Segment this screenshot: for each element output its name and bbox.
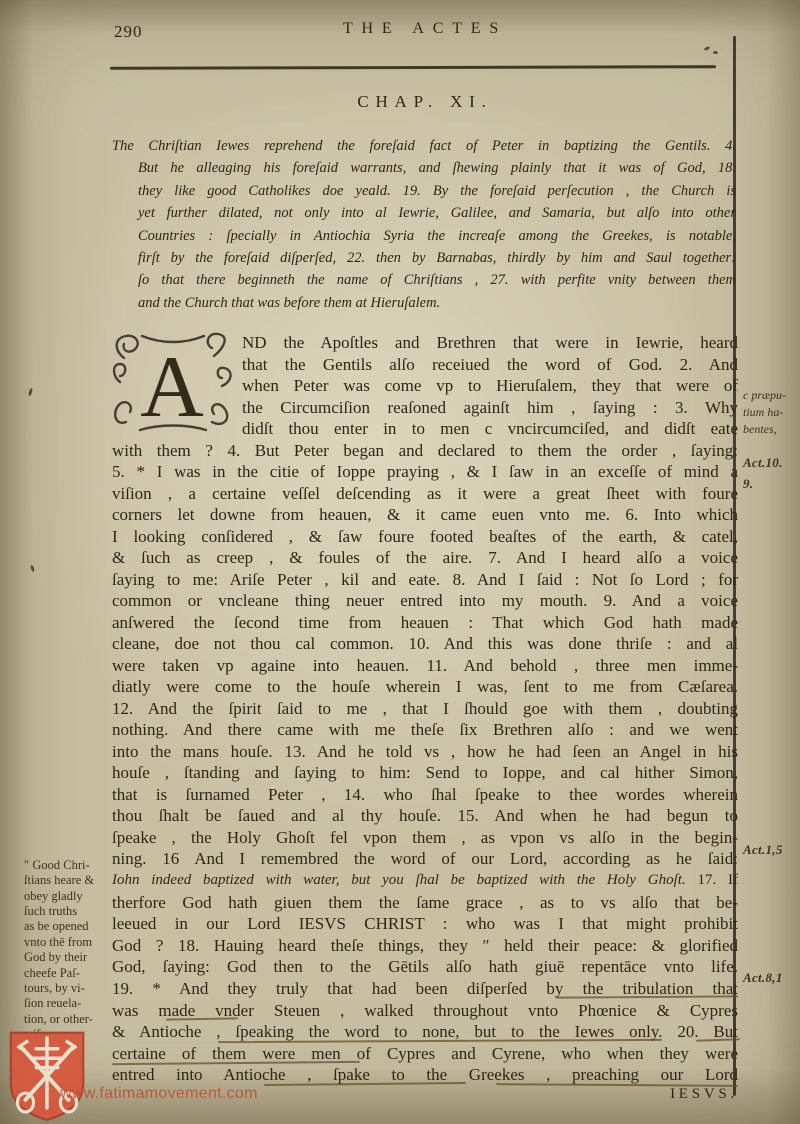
right-margin-reference: Act.10. bbox=[743, 455, 798, 472]
body-line: when Peter was come vp to Hieruſalem, th… bbox=[242, 375, 738, 397]
body-line: ning. 16 And I remembred the word of our… bbox=[112, 848, 738, 870]
right-margin-reference: Act.8,1 bbox=[743, 970, 798, 987]
argument-line: they like good Catholikes doe yeald. 19.… bbox=[138, 183, 736, 206]
body-line: & ſuch as creep , & foules of the aire. … bbox=[112, 547, 738, 569]
body-line: thou ſhalt be ſaued and al thy houſe. 15… bbox=[112, 805, 738, 827]
body-line: God ? 18. Hauing heard theſe things, the… bbox=[112, 935, 738, 957]
body-line: into the mans houſe. 13. And he told vs … bbox=[112, 741, 738, 763]
argument-line: and the Church that was before them at H… bbox=[138, 295, 736, 318]
left-margin-note-line: ſtians heare & bbox=[24, 873, 120, 890]
fatima-movement-shield-icon bbox=[6, 1030, 88, 1124]
body-line: were taken vp againe into heauen. 11. An… bbox=[112, 655, 738, 677]
body-line: corners let downe from heauen, & it came… bbox=[112, 504, 738, 526]
body-line: didſt thou enter in to men c vncircumciſ… bbox=[242, 418, 738, 440]
chapter-heading: CHAP. XI. bbox=[112, 92, 738, 112]
watermark-url: www.fatimamovement.com bbox=[60, 1085, 258, 1103]
ink-speck bbox=[30, 565, 35, 573]
right-margin-note-line: tium ha- bbox=[743, 405, 798, 422]
body-line: houſe , ſtanding and ſaying to him: Send… bbox=[112, 762, 738, 784]
body-line: that the Gentils alſo receiued the word … bbox=[242, 354, 738, 376]
body-line: anſwered the ſecond time from heauen : T… bbox=[112, 612, 738, 634]
running-title: THE ACTES bbox=[112, 20, 738, 38]
body-line: viſion , a certaine veſſel deſcending as… bbox=[112, 483, 738, 505]
body-line: leeued in our Lord IESVS CHRIST : who wa… bbox=[112, 913, 738, 935]
left-margin-note-line: God by their bbox=[24, 950, 120, 967]
left-margin-note-line: ſion reuela- bbox=[24, 996, 120, 1013]
body-line: therfore God hath giuen them the ſame gr… bbox=[112, 892, 738, 914]
body-line: with them ? 4. But Peter began and decla… bbox=[112, 440, 738, 462]
body-line: diatly were come to the houſe wherein I … bbox=[112, 676, 738, 698]
body-line: ſaying to me: Ariſe Peter , kil and eate… bbox=[112, 569, 738, 591]
body-line-scripture-quote: Iohn indeed baptized with water, but you… bbox=[112, 870, 738, 892]
body-line: the Circumciſion reaſoned againſt him , … bbox=[242, 397, 738, 419]
body-line: that is ſurnamed Peter , 14. who ſhal ſp… bbox=[112, 784, 738, 806]
ink-speck bbox=[713, 51, 718, 55]
body-line: nothing. And there came with me theſe ſi… bbox=[112, 719, 738, 741]
argument-line: yet further dilated, not only into al Ie… bbox=[138, 205, 736, 228]
body-line: 5. * I was in the citie of Ioppe praying… bbox=[112, 461, 738, 483]
body-line: 12. And the ſpirit ſaid to me , that I ſ… bbox=[112, 698, 738, 720]
header-rule bbox=[110, 65, 716, 70]
ink-speck bbox=[28, 388, 33, 397]
page-border-rule bbox=[733, 36, 736, 1096]
quote-tail-text: 17. If bbox=[697, 872, 738, 888]
right-margin-reference: Act.1,5 bbox=[743, 842, 798, 859]
body-line: cleane, doe not thou cal common. 10. And… bbox=[112, 633, 738, 655]
scanned-book-page: 290 THE ACTES CHAP. XI. The Chriſtian Ie… bbox=[0, 0, 800, 1124]
argument-line: firſt by the foreſaid diſperſed, 22. the… bbox=[138, 250, 736, 273]
argument-line: Countries : ſpecially in Antiochia Syria… bbox=[138, 228, 736, 251]
right-margin-note-line: c præpu- bbox=[743, 388, 798, 405]
ink-speck bbox=[704, 46, 711, 51]
argument-line: ſo that there beginneth the name of Chri… bbox=[138, 272, 736, 295]
body-line: ſpeake , the Holy Ghoſt fel vpon them , … bbox=[112, 827, 738, 849]
left-margin-note-line: as be opened bbox=[24, 919, 120, 936]
right-margin-note-line: bentes, bbox=[743, 422, 798, 439]
drop-cap-letter: A bbox=[140, 339, 204, 436]
quote-italic-text: Iohn indeed baptized with water, but you… bbox=[112, 872, 686, 888]
drop-cap-initial-A: A bbox=[110, 330, 236, 436]
argument-line: But he alleaging his foreſaid warrants, … bbox=[138, 160, 736, 183]
argument-line: The Chriſtian Iewes reprehend the foreſa… bbox=[112, 138, 736, 161]
right-margin-reference: 9. bbox=[743, 476, 798, 493]
body-line: common or vncleane thing neuer entred in… bbox=[112, 590, 738, 612]
body-line: I looking conſidered , & ſaw foure foote… bbox=[112, 526, 738, 548]
body-line: God, ſaying: God then to the Gētils alſo… bbox=[112, 956, 738, 978]
body-line: ND the Apoſtles and Brethren that were i… bbox=[242, 332, 738, 354]
